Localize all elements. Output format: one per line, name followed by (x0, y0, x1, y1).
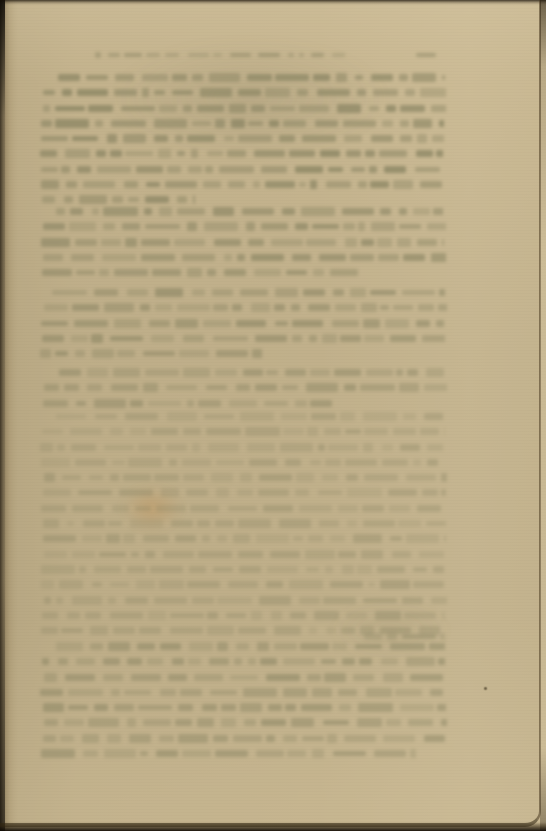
faded-word-smudge (94, 566, 121, 573)
faded-word-smudge (353, 674, 374, 681)
faded-word-smudge (146, 182, 161, 187)
faded-word-smudge (99, 269, 109, 276)
faded-text-line (42, 611, 445, 620)
faded-word-smudge (410, 749, 416, 758)
faded-word-smudge (382, 444, 393, 451)
faded-word-smudge (213, 53, 223, 58)
faded-word-smudge (82, 535, 102, 542)
faded-word-smudge (104, 445, 133, 450)
paragraph-4 (42, 368, 445, 414)
faded-word-smudge (124, 53, 142, 58)
faded-word-smudge (202, 704, 217, 711)
faded-word-smudge (323, 597, 355, 604)
faded-word-smudge (90, 643, 103, 650)
faded-word-smudge (83, 181, 115, 188)
faded-word-smudge (418, 304, 435, 311)
faded-word-smudge (279, 135, 295, 142)
faded-word-smudge (191, 149, 199, 158)
faded-word-smudge (318, 490, 343, 495)
faded-word-smudge (180, 689, 201, 696)
faded-text-line (43, 222, 446, 231)
faded-word-smudge (43, 105, 50, 112)
faded-word-smudge (197, 718, 214, 727)
faded-word-smudge (182, 459, 211, 466)
faded-word-smudge (392, 551, 412, 558)
faded-word-smudge (310, 180, 317, 189)
faded-word-smudge (286, 270, 307, 275)
faded-word-smudge (296, 473, 314, 482)
faded-word-smudge (168, 674, 187, 681)
faded-word-smudge (351, 167, 365, 172)
faded-word-smudge (187, 268, 202, 277)
faded-word-smudge (384, 166, 406, 173)
faded-word-smudge (110, 612, 144, 619)
faded-word-smudge (158, 149, 171, 158)
faded-word-smudge (233, 735, 262, 742)
faded-word-smudge (364, 335, 384, 342)
faded-word-smudge (390, 335, 415, 342)
faded-word-smudge (42, 335, 64, 342)
faded-word-smudge (343, 223, 354, 230)
faded-word-smudge (103, 674, 122, 681)
faded-text-line (40, 412, 443, 421)
faded-text-line (43, 88, 446, 97)
faded-word-smudge (393, 305, 413, 310)
faded-word-smudge (330, 269, 358, 276)
faded-word-smudge (361, 303, 376, 312)
faded-word-smudge (103, 658, 120, 665)
faded-word-smudge (238, 551, 264, 558)
faded-text-line (41, 565, 444, 574)
faded-word-smudge (275, 288, 298, 297)
faded-word-smudge (190, 505, 219, 512)
faded-word-smudge (128, 458, 161, 467)
faded-word-smudge (69, 222, 97, 231)
faded-word-smudge (193, 195, 195, 204)
faded-text-line (43, 368, 446, 377)
faded-word-smudge (353, 534, 382, 543)
faded-word-smudge (136, 166, 163, 173)
faded-word-smudge (282, 208, 295, 215)
faded-text-line (42, 73, 445, 82)
faded-word-smudge (110, 582, 129, 587)
faded-word-smudge (87, 384, 102, 391)
faded-word-smudge (342, 208, 374, 215)
faded-word-smudge (292, 254, 311, 261)
faded-word-smudge (92, 349, 114, 358)
faded-word-smudge (138, 444, 161, 451)
faded-word-smudge (240, 703, 262, 712)
faded-word-smudge (87, 368, 108, 377)
faded-word-smudge (41, 180, 59, 189)
faded-word-smudge (172, 90, 193, 95)
faded-word-smudge (439, 120, 444, 127)
faded-word-smudge (390, 536, 402, 541)
faded-word-smudge (333, 751, 366, 756)
faded-word-smudge (170, 613, 205, 618)
faded-word-smudge (183, 428, 201, 435)
faded-word-smudge (436, 320, 444, 327)
faded-word-smudge (226, 613, 246, 618)
faded-word-smudge (213, 735, 228, 742)
faded-word-smudge (325, 459, 342, 466)
faded-word-smudge (364, 633, 382, 640)
faded-word-smudge (439, 289, 445, 296)
faded-text-line (41, 580, 444, 589)
faded-word-smudge (154, 597, 187, 604)
faded-word-smudge (41, 458, 71, 467)
faded-word-smudge (114, 89, 137, 96)
faded-word-smudge (125, 597, 148, 604)
faded-word-smudge (206, 428, 241, 435)
faded-word-smudge (66, 181, 77, 188)
faded-word-smudge (337, 104, 362, 113)
faded-word-smudge (363, 598, 397, 603)
faded-word-smudge (406, 474, 436, 481)
faded-word-smudge (330, 581, 362, 588)
faded-word-smudge (130, 400, 143, 407)
faded-text-line (40, 443, 443, 452)
faded-word-smudge (41, 120, 52, 127)
faded-word-smudge (292, 335, 302, 342)
faded-word-smudge (188, 53, 209, 58)
faded-word-smudge (43, 90, 55, 95)
faded-word-smudge (422, 489, 437, 496)
faded-word-smudge (442, 239, 444, 246)
faded-word-smudge (368, 582, 375, 587)
faded-word-smudge (400, 135, 412, 142)
faded-word-smudge (145, 224, 180, 229)
faded-word-smudge (213, 336, 248, 341)
faded-word-smudge (346, 474, 358, 481)
faded-word-smudge (177, 151, 185, 156)
faded-word-smudge (413, 208, 430, 215)
faded-word-smudge (229, 400, 257, 407)
faded-word-smudge (292, 320, 323, 327)
faded-word-smudge (175, 319, 198, 328)
faded-word-smudge (301, 207, 335, 216)
faded-word-smudge (347, 488, 381, 497)
faded-word-smudge (259, 474, 292, 481)
faded-word-smudge (64, 719, 85, 726)
faded-word-smudge (438, 304, 447, 311)
faded-word-smudge (380, 305, 389, 310)
faded-word-smudge (240, 412, 274, 421)
faded-word-smudge (228, 506, 257, 511)
faded-word-smudge (127, 566, 147, 573)
faded-word-smudge (197, 105, 224, 112)
faded-word-smudge (416, 320, 430, 327)
faded-word-smudge (402, 597, 422, 604)
faded-word-smudge (145, 369, 179, 376)
faded-word-smudge (413, 581, 443, 588)
faded-word-smudge (320, 150, 340, 157)
faded-word-smudge (189, 642, 213, 651)
faded-word-smudge (219, 166, 253, 173)
faded-word-smudge (123, 534, 135, 543)
faded-word-smudge (121, 106, 156, 111)
faded-word-smudge (299, 105, 329, 112)
faded-word-smudge (280, 443, 312, 452)
faded-text-line (44, 383, 447, 392)
faded-word-smudge (380, 580, 410, 589)
faded-word-smudge (125, 413, 159, 420)
faded-text-line (43, 534, 446, 543)
faded-word-smudge (209, 73, 240, 82)
faded-word-smudge (42, 429, 63, 434)
faded-word-smudge (44, 304, 68, 311)
faded-word-smudge (56, 642, 83, 651)
faded-word-smudge (137, 643, 155, 650)
faded-word-smudge (270, 551, 300, 558)
faded-word-smudge (232, 304, 243, 311)
faded-word-smudge (166, 385, 198, 390)
faded-word-smudge (65, 674, 95, 681)
faded-word-smudge (311, 53, 323, 58)
faded-word-smudge (302, 135, 336, 142)
faded-word-smudge (312, 749, 324, 758)
faded-word-smudge (161, 488, 179, 497)
faded-word-smudge (400, 105, 425, 112)
faded-word-smudge (95, 120, 104, 127)
faded-word-smudge (56, 597, 63, 604)
faded-word-smudge (381, 658, 398, 665)
faded-text-line (42, 195, 195, 204)
faded-word-smudge (41, 136, 68, 141)
faded-text-line (41, 238, 444, 247)
faded-word-smudge (76, 658, 96, 665)
faded-word-smudge (114, 704, 135, 711)
faded-word-smudge (283, 120, 306, 127)
faded-word-smudge (309, 335, 317, 342)
faded-word-smudge (370, 181, 388, 188)
faded-word-smudge (186, 489, 208, 496)
faded-word-smudge (188, 166, 202, 173)
faded-word-smudge (395, 689, 421, 696)
faded-text-line (43, 104, 446, 113)
faded-word-smudge (71, 335, 89, 342)
faded-word-smudge (317, 89, 350, 96)
faded-word-smudge (314, 611, 340, 620)
faded-word-smudge (85, 612, 101, 619)
faded-word-smudge (228, 581, 258, 588)
faded-word-smudge (404, 612, 436, 619)
faded-word-smudge (308, 535, 323, 542)
faded-word-smudge (254, 150, 285, 157)
faded-word-smudge (406, 534, 439, 543)
faded-word-smudge (312, 224, 339, 229)
faded-word-smudge (138, 705, 172, 710)
faded-word-smudge (429, 643, 445, 650)
faded-word-smudge (192, 74, 203, 81)
faded-word-smudge (417, 134, 427, 143)
faded-text-line (44, 673, 447, 682)
faded-word-smudge (178, 734, 208, 743)
faded-word-smudge (369, 166, 377, 173)
faded-word-smudge (397, 238, 411, 247)
faded-word-smudge (238, 519, 271, 528)
faded-word-smudge (43, 223, 65, 230)
faded-word-smudge (275, 74, 309, 81)
faded-word-smudge (322, 334, 337, 343)
faded-word-smudge (355, 75, 363, 80)
faded-word-smudge (239, 566, 260, 573)
faded-text-line (44, 473, 447, 482)
running-header-title (97, 52, 347, 67)
faded-word-smudge (231, 119, 245, 128)
faded-word-smudge (322, 474, 338, 481)
faded-word-smudge (300, 643, 329, 650)
faded-word-smudge (216, 460, 244, 465)
faded-word-smudge (62, 475, 81, 480)
faded-word-smudge (358, 222, 365, 231)
faded-word-smudge (123, 474, 151, 481)
faded-word-smudge (41, 238, 71, 247)
faded-word-smudge (148, 611, 166, 620)
faded-word-smudge (72, 136, 98, 141)
faded-word-smudge (393, 180, 413, 189)
faded-word-smudge (442, 611, 445, 620)
faded-word-smudge (270, 106, 295, 111)
faded-word-smudge (417, 239, 436, 246)
faded-word-smudge (236, 643, 249, 650)
faded-word-smudge (224, 254, 233, 261)
faded-word-smudge (215, 520, 235, 527)
faded-word-smudge (357, 718, 382, 727)
faded-word-smudge (203, 181, 221, 188)
faded-word-smudge (422, 335, 445, 342)
faded-word-smudge (213, 207, 234, 216)
faded-word-smudge (83, 520, 105, 527)
faded-word-smudge (212, 289, 232, 296)
faded-word-smudge (115, 74, 135, 81)
faded-word-smudge (257, 642, 268, 651)
faded-word-smudge (187, 222, 197, 231)
faded-word-smudge (79, 195, 107, 204)
faded-word-smudge (299, 505, 332, 512)
faded-word-smudge (76, 401, 85, 406)
faded-word-smudge (385, 319, 409, 328)
faded-word-smudge (285, 369, 306, 376)
faded-word-smudge (264, 401, 287, 406)
faded-word-smudge (112, 460, 125, 465)
faded-word-smudge (302, 736, 324, 741)
faded-text-line (41, 319, 444, 328)
faded-word-smudge (183, 105, 192, 112)
faded-text-line (43, 519, 446, 528)
faded-word-smudge (123, 134, 146, 143)
faded-word-smudge (119, 489, 153, 496)
faded-word-smudge (236, 320, 267, 327)
faded-word-smudge (41, 167, 58, 172)
faded-word-smudge (332, 643, 346, 650)
faded-word-smudge (243, 369, 263, 376)
faded-word-smudge (282, 385, 298, 390)
faded-word-smudge (43, 400, 68, 407)
faded-word-smudge (122, 223, 141, 230)
faded-word-smudge (366, 369, 393, 376)
faded-word-smudge (382, 459, 408, 466)
faded-word-smudge (179, 350, 210, 357)
faded-word-smudge (271, 611, 283, 620)
faded-word-smudge (65, 149, 90, 158)
faded-word-smudge (361, 550, 383, 559)
faded-word-smudge (213, 304, 228, 311)
faded-word-smudge (357, 89, 366, 96)
faded-word-smudge (175, 135, 183, 142)
faded-word-smudge (217, 597, 252, 604)
faded-text-line (40, 688, 443, 697)
faded-word-smudge (52, 290, 87, 295)
faded-text-line (364, 632, 445, 641)
faded-word-smudge (155, 304, 172, 311)
paragraph-6 (42, 642, 445, 764)
faded-text-line (41, 458, 444, 467)
faded-word-smudge (344, 384, 356, 391)
faded-word-smudge (379, 150, 406, 157)
faded-word-smudge (88, 718, 120, 727)
faded-word-smudge (266, 735, 276, 742)
paragraph-5 (42, 412, 445, 641)
faded-text-line (41, 504, 444, 513)
faded-word-smudge (325, 566, 333, 573)
faded-word-smudge (187, 135, 215, 142)
page-number (417, 52, 443, 67)
faded-word-smudge (200, 88, 232, 97)
faded-word-smudge (247, 74, 271, 81)
faded-word-smudge (44, 719, 58, 726)
faded-word-smudge (178, 704, 194, 711)
faded-word-smudge (108, 53, 120, 58)
faded-word-smudge (154, 90, 165, 95)
faded-word-smudge (310, 369, 330, 376)
faded-word-smudge (295, 223, 308, 230)
faded-text-line (43, 253, 446, 262)
faded-word-smudge (197, 520, 210, 527)
faded-word-smudge (245, 427, 280, 436)
faded-word-smudge (97, 166, 130, 173)
faded-word-smudge (171, 520, 192, 527)
faded-word-smudge (165, 181, 197, 188)
paragraph-2 (42, 207, 445, 283)
faded-word-smudge (237, 489, 253, 496)
faded-word-smudge (57, 444, 64, 451)
faded-word-smudge (127, 658, 142, 665)
faded-word-smudge (295, 166, 323, 173)
faded-word-smudge (338, 505, 358, 512)
faded-word-smudge (192, 597, 214, 604)
faded-word-smudge (266, 674, 300, 681)
faded-word-smudge (44, 597, 52, 604)
faded-word-smudge (291, 304, 300, 311)
faded-word-smudge (117, 350, 135, 357)
faded-word-smudge (91, 334, 103, 343)
faded-word-smudge (159, 580, 184, 589)
faded-word-smudge (44, 673, 57, 682)
faded-word-smudge (361, 239, 374, 246)
paragraph-3 (42, 288, 445, 364)
faded-word-smudge (283, 428, 304, 435)
faded-word-smudge (108, 597, 116, 604)
faded-word-smudge (283, 688, 308, 697)
faded-word-smudge (377, 238, 392, 247)
faded-word-smudge (266, 581, 284, 588)
faded-text-line (41, 119, 444, 128)
faded-word-smudge (344, 135, 362, 142)
faded-word-smudge (363, 520, 395, 527)
faded-word-smudge (417, 505, 441, 512)
faded-word-smudge (261, 223, 288, 230)
